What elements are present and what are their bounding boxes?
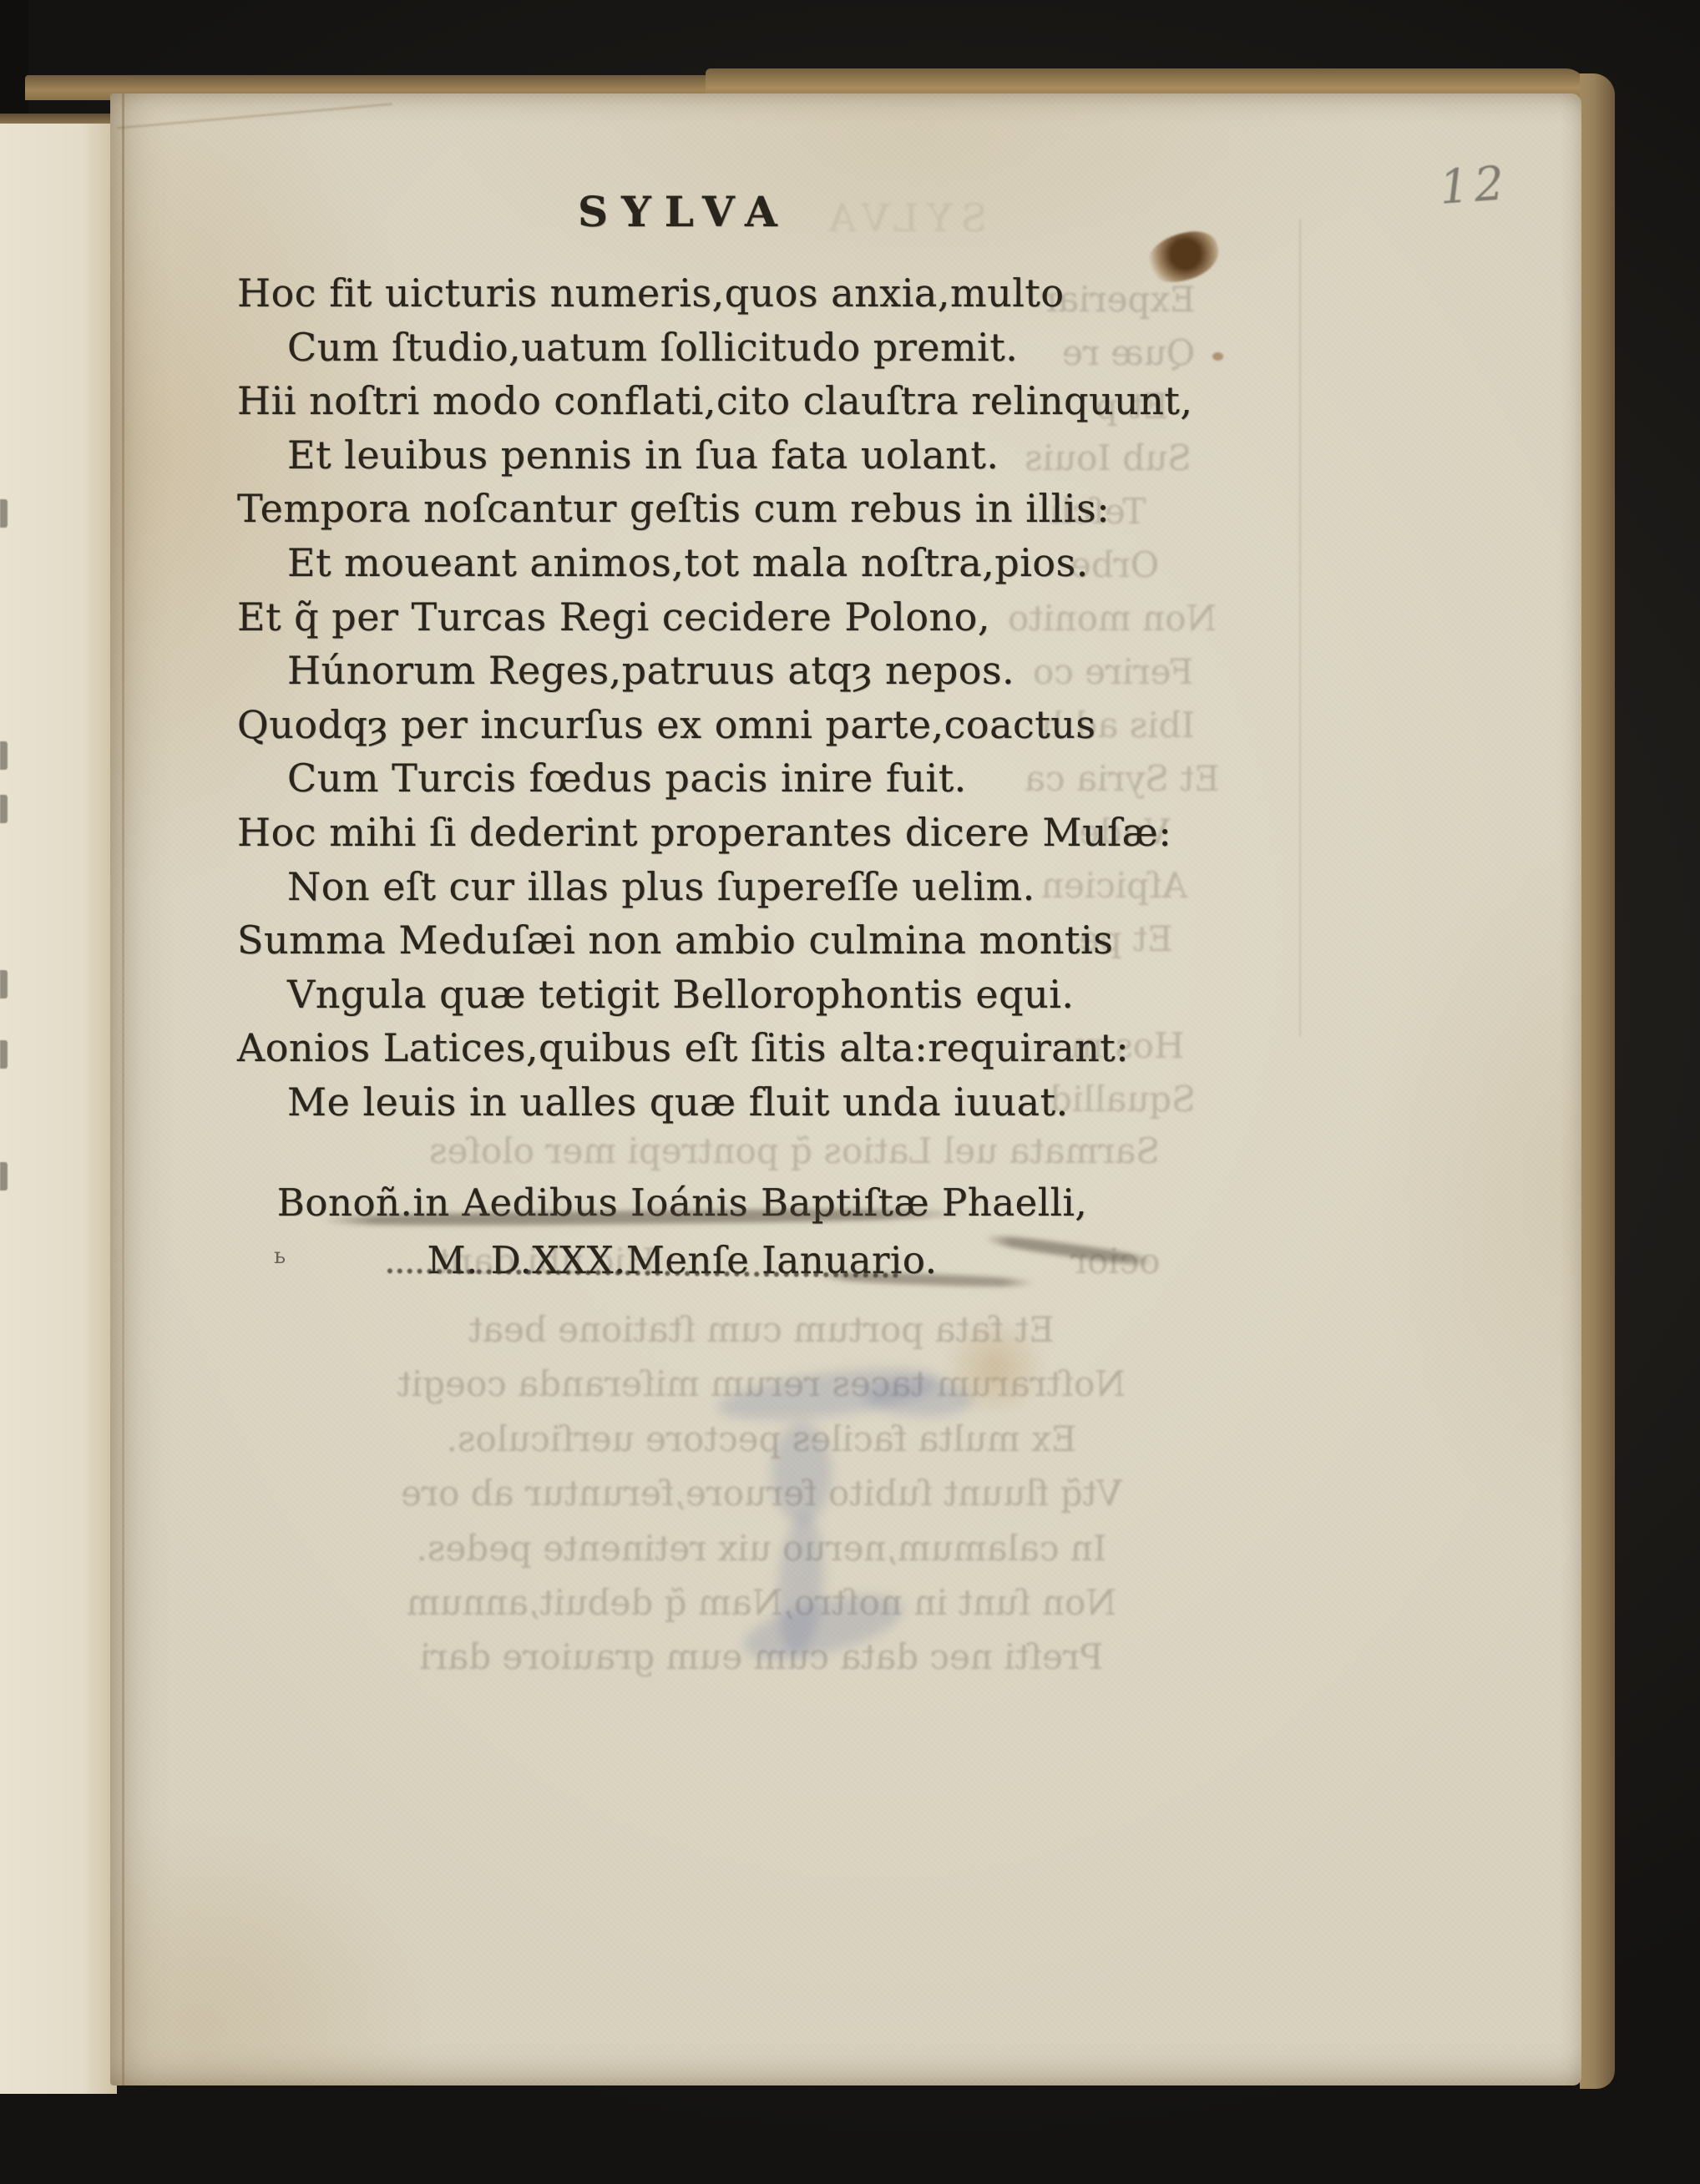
show-through-line: Ex multa faciles pectore uerſiculos.: [344, 1412, 1179, 1466]
cut-letter: [0, 741, 8, 770]
poem-line: Quodqȝ per incurſus ex omni parte,coactu…: [237, 702, 1473, 756]
poem-line: Cum ſtudio,uatum ſollicitudo premit.: [287, 325, 1473, 379]
show-through-line: Non ſunt in noſtro,Nam q̃ debuit,annum: [344, 1575, 1179, 1630]
show-through-fragment: Sarmata uel Latios q̃ pontrepi mer oloſe…: [429, 1130, 1160, 1171]
poem-line: Hoc fit uicturis numeris,quos anxia,mult…: [237, 270, 1473, 325]
poem-line: Et moueant animos,tot mala noſtra,pios.: [287, 540, 1473, 594]
book-fore-edge: [1580, 73, 1615, 2089]
poem-line: Hii noſtri modo conflati,cito clauſtra r…: [237, 378, 1473, 432]
blue-ink-smudge: [772, 1423, 832, 1523]
poem-line: Húnorum Reges,patruus atqȝ nepos.: [287, 648, 1473, 702]
pencil-mark: ь: [274, 1244, 286, 1269]
cut-letter: [0, 1162, 8, 1191]
cut-letter: [0, 970, 8, 998]
cut-letter: [0, 795, 8, 823]
cut-letter: [0, 499, 8, 528]
poem-line: Hoc mihi ſi dederint properantes dicere …: [237, 810, 1473, 864]
poem-line: Aonios Latices,quibus eſt ſitis alta:req…: [237, 1025, 1473, 1079]
show-through-line: Vtq̃ fluunt ſubito feruore,feruntur ab o…: [344, 1466, 1179, 1520]
gutter-fold-line: [122, 94, 124, 2085]
show-through-line: In calamum,neruo uix retinente pedes.: [344, 1521, 1179, 1575]
poem-line: Non eſt cur illas plus ſupereſſe uelim.: [287, 864, 1473, 918]
poem-line: Summa Meduſæi non ambio culmina montis: [237, 918, 1473, 972]
poem-line: Tempora noſcantur geſtis cum rebus in il…: [237, 486, 1473, 540]
poem-line: Cum Turcis fœdus pacis inire fuit.: [287, 756, 1473, 810]
small-stain-speck: [1212, 352, 1223, 361]
poem-line: Et leuibus pennis in ſua fata uolant.: [287, 432, 1473, 487]
handwritten-page-number: 12: [1438, 156, 1511, 215]
poem-line: Me leuis in ualles quæ fluit unda iuuat.: [287, 1079, 1473, 1134]
show-through-line: Et fata portum cum ſtatione beat: [344, 1302, 1179, 1357]
book-page: ExperiarQuæ reEt pSub IouisTeſcliOrbeNon…: [110, 94, 1581, 2085]
page-title: SYLVA: [578, 187, 791, 236]
poem-line: Et q̃ per Turcas Regi cecidere Polono,: [237, 594, 1473, 649]
show-through-fragment: SYLVA: [820, 195, 987, 240]
poem-line: Vngula quæ tetigit Bellorophontis equi.: [287, 972, 1473, 1026]
poem-text-block: Hoc fit uicturis numeris,quos anxia,mult…: [237, 270, 1473, 1134]
facing-page-edge: [0, 124, 117, 2094]
paper-crease: [118, 104, 392, 129]
cut-letter: [0, 1040, 8, 1069]
photo-backdrop: ExperiarQuæ reEt pSub IouisTeſcliOrbeNon…: [0, 0, 1700, 2184]
